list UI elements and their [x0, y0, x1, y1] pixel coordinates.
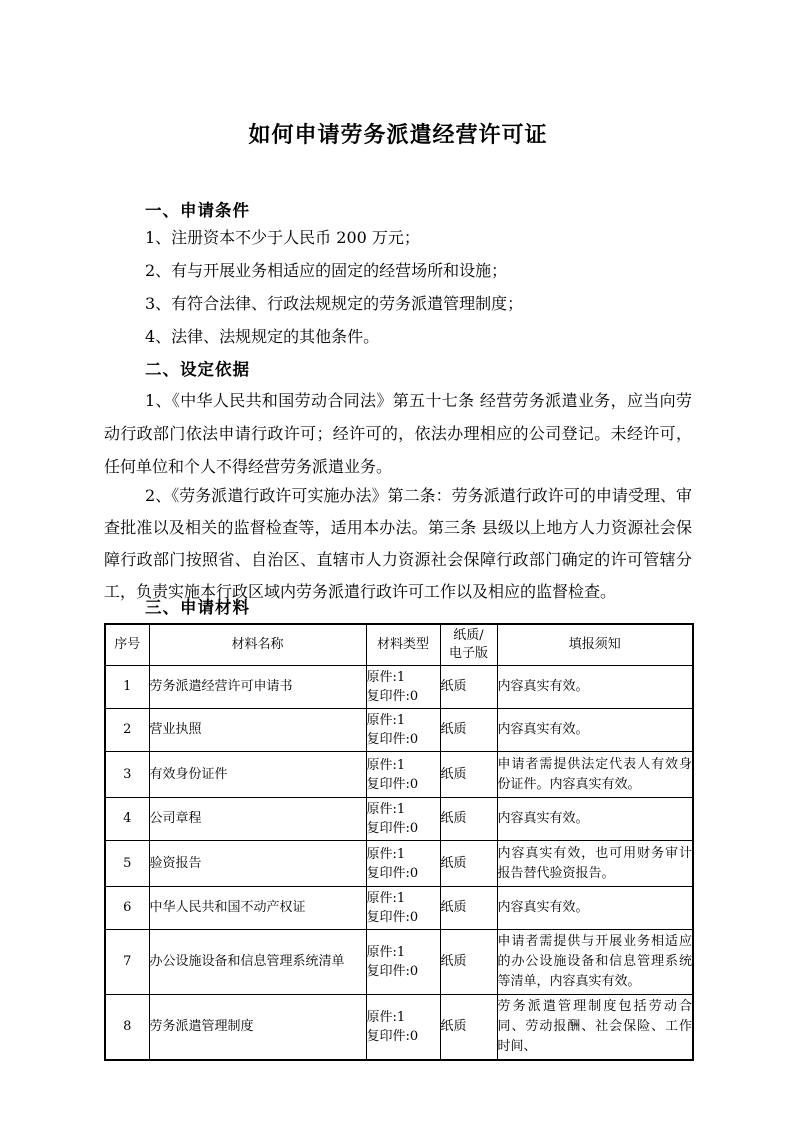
materials-table: 序号 材料名称 材料类型 纸质/ 电子版 填报须知 1 劳务派遣经营许可申请书 … — [104, 623, 694, 1061]
cell-type: 原件:1 复印件:0 — [366, 887, 440, 930]
header-cell-no: 序号 — [105, 624, 149, 666]
cell-medium: 纸质 — [440, 887, 497, 930]
cell-name: 验资报告 — [149, 841, 366, 887]
cell-no: 1 — [105, 666, 149, 709]
cell-no: 8 — [105, 995, 149, 1061]
cell-name: 办公设施设备和信息管理系统清单 — [149, 930, 366, 995]
condition-list: 1、注册资本不少于人民币 200 万元； 2、有与开展业务相适应的固定的经营场所… — [145, 221, 693, 353]
paragraph: 1、《中华人民共和国劳动合同法》第五十七条 经营劳务派遣业务，应当向劳动行政部门… — [104, 384, 692, 483]
cell-no: 6 — [105, 887, 149, 930]
cell-type: 原件:1 复印件:0 — [366, 666, 440, 709]
cell-type: 原件:1 复印件:0 — [366, 841, 440, 887]
section-heading-application-materials: 三、申请材料 — [145, 598, 250, 618]
table-row: 6 中华人民共和国不动产权证 原件:1 复印件:0 纸质 内容真实有效。 — [105, 887, 693, 930]
cell-medium: 纸质 — [440, 930, 497, 995]
cell-type: 原件:1 复印件:0 — [366, 752, 440, 798]
cell-note: 劳务派遣管理制度包括劳动合同、劳动报酬、社会保险、工作时间、 — [497, 995, 693, 1061]
cell-name: 营业执照 — [149, 709, 366, 752]
cell-type: 原件:1 复印件:0 — [366, 930, 440, 995]
table-header-row: 序号 材料名称 材料类型 纸质/ 电子版 填报须知 — [105, 624, 693, 666]
list-item: 2、有与开展业务相适应的固定的经营场所和设施； — [145, 254, 693, 287]
cell-note: 内容真实有效。 — [497, 666, 693, 709]
section-heading-legal-basis: 二、设定依据 — [145, 360, 250, 380]
paragraph: 2、《劳务派遣行政许可实施办法》第二条：劳务派遣行政许可的申请受理、审查批准以及… — [104, 480, 692, 608]
list-item: 3、有符合法律、行政法规规定的劳务派遣管理制度； — [145, 287, 693, 320]
cell-medium: 纸质 — [440, 798, 497, 841]
cell-note: 内容真实有效。 — [497, 887, 693, 930]
cell-no: 7 — [105, 930, 149, 995]
cell-note: 申请者需提供法定代表人有效身份证件。内容真实有效。 — [497, 752, 693, 798]
cell-medium: 纸质 — [440, 709, 497, 752]
cell-no: 5 — [105, 841, 149, 887]
header-cell-name: 材料名称 — [149, 624, 366, 666]
table-row: 3 有效身份证件 原件:1 复印件:0 纸质 申请者需提供法定代表人有效身份证件… — [105, 752, 693, 798]
cell-note: 内容真实有效，也可用财务审计报告替代验资报告。 — [497, 841, 693, 887]
cell-no: 3 — [105, 752, 149, 798]
cell-type: 原件:1 复印件:0 — [366, 995, 440, 1061]
cell-note: 申请者需提供与开展业务相适应的办公设施设备和信息管理系统等清单，内容真实有效。 — [497, 930, 693, 995]
header-cell-type: 材料类型 — [366, 624, 440, 666]
table-row: 4 公司章程 原件:1 复印件:0 纸质 内容真实有效。 — [105, 798, 693, 841]
cell-medium: 纸质 — [440, 995, 497, 1061]
cell-medium: 纸质 — [440, 666, 497, 709]
cell-name: 劳务派遣管理制度 — [149, 995, 366, 1061]
cell-type: 原件:1 复印件:0 — [366, 798, 440, 841]
cell-medium: 纸质 — [440, 752, 497, 798]
cell-note: 内容真实有效。 — [497, 798, 693, 841]
table-row: 1 劳务派遣经营许可申请书 原件:1 复印件:0 纸质 内容真实有效。 — [105, 666, 693, 709]
table-row: 2 营业执照 原件:1 复印件:0 纸质 内容真实有效。 — [105, 709, 693, 752]
table-row: 7 办公设施设备和信息管理系统清单 原件:1 复印件:0 纸质 申请者需提供与开… — [105, 930, 693, 995]
cell-no: 2 — [105, 709, 149, 752]
section-heading-application-conditions: 一、申请条件 — [145, 201, 250, 221]
cell-note: 内容真实有效。 — [497, 709, 693, 752]
page-title: 如何申请劳务派遣经营许可证 — [104, 120, 692, 150]
list-item: 1、注册资本不少于人民币 200 万元； — [145, 221, 693, 254]
cell-name: 有效身份证件 — [149, 752, 366, 798]
cell-name: 公司章程 — [149, 798, 366, 841]
table-row: 5 验资报告 原件:1 复印件:0 纸质 内容真实有效，也可用财务审计报告替代验… — [105, 841, 693, 887]
list-item: 4、法律、法规规定的其他条件。 — [145, 320, 693, 353]
table-row: 8 劳务派遣管理制度 原件:1 复印件:0 纸质 劳务派遣管理制度包括劳动合同、… — [105, 995, 693, 1061]
cell-name: 劳务派遣经营许可申请书 — [149, 666, 366, 709]
cell-name: 中华人民共和国不动产权证 — [149, 887, 366, 930]
cell-medium: 纸质 — [440, 841, 497, 887]
document-page: 如何申请劳务派遣经营许可证 一、申请条件 1、注册资本不少于人民币 200 万元… — [0, 0, 793, 1122]
cell-type: 原件:1 复印件:0 — [366, 709, 440, 752]
header-cell-medium: 纸质/ 电子版 — [440, 624, 497, 666]
header-cell-note: 填报须知 — [497, 624, 693, 666]
cell-no: 4 — [105, 798, 149, 841]
